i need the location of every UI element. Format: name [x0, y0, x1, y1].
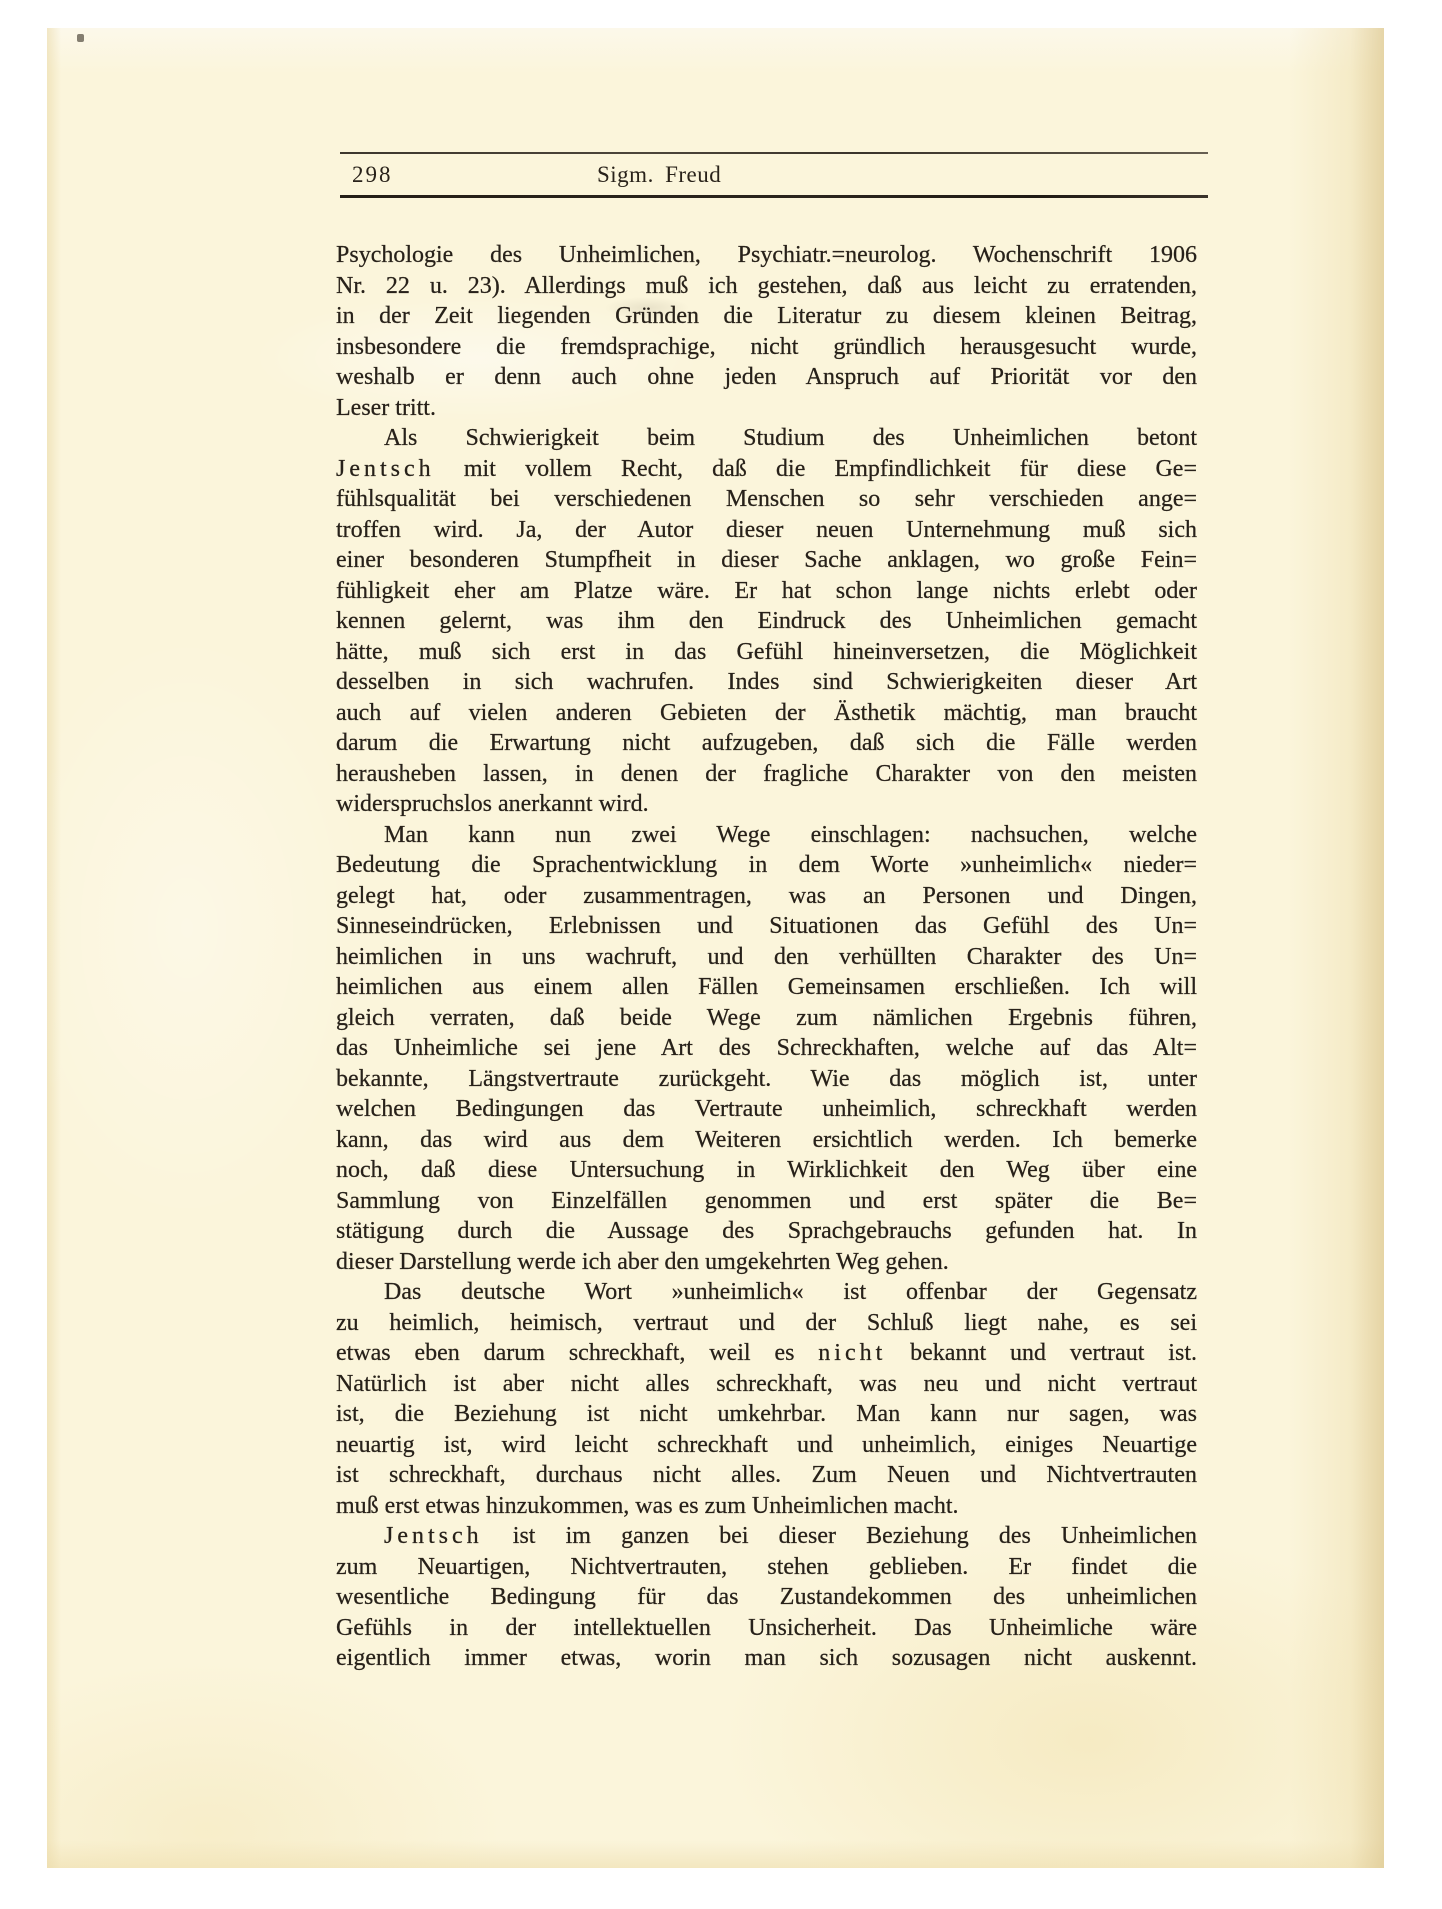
- text-line: darum die Erwartung nicht aufzugeben, da…: [336, 728, 1197, 759]
- text-line: zum Neuartigen, Nichtvertrauten, stehen …: [336, 1552, 1197, 1583]
- text-line: Nr. 22 u. 23). Allerdings muß ich gesteh…: [336, 271, 1197, 302]
- letterspaced-word: nicht: [818, 1340, 886, 1366]
- text-line: Das deutsche Wort »unheimlich« ist offen…: [336, 1277, 1197, 1308]
- letterspaced-word: Jentsch: [336, 456, 435, 482]
- text-line: stätigung durch die Aussage des Sprachge…: [336, 1216, 1197, 1247]
- text-line: Leser tritt.: [336, 393, 1197, 424]
- text-line: weshalb er denn auch ohne jeden Anspruch…: [336, 362, 1197, 393]
- text-line: dieser Darstellung werde ich aber den um…: [336, 1247, 1197, 1278]
- text-line: Gefühls in der intellektuellen Unsicherh…: [336, 1613, 1197, 1644]
- text-line: Jentsch ist im ganzen bei dieser Beziehu…: [336, 1521, 1197, 1552]
- text-line: Psychologie des Unheimlichen, Psychiatr.…: [336, 240, 1197, 271]
- text-line: neuartig ist, wird leicht schreckhaft un…: [336, 1430, 1197, 1461]
- text-line: das Unheimliche sei jene Art des Schreck…: [336, 1033, 1197, 1064]
- text-line: muß erst etwas hinzukommen, was es zum U…: [336, 1491, 1197, 1522]
- text-line: troffen wird. Ja, der Autor dieser neuen…: [336, 515, 1197, 546]
- text-line: widerspruchslos anerkannt wird.: [336, 789, 1197, 820]
- text-line: heimlichen in uns wachruft, und den verh…: [336, 942, 1197, 973]
- text-line: in der Zeit liegenden Gründen die Litera…: [336, 301, 1197, 332]
- text-line: eigentlich immer etwas, worin man sich s…: [336, 1643, 1197, 1674]
- text-line: hätte, muß sich erst in das Gefühl hinei…: [336, 637, 1197, 668]
- text-line: etwas eben darum schreckhaft, weil es ni…: [336, 1338, 1197, 1369]
- text-line: gleich verraten, daß beide Wege zum näml…: [336, 1003, 1197, 1034]
- text-line: einer besonderen Stumpfheit in dieser Sa…: [336, 545, 1197, 576]
- page-number: 298: [352, 162, 393, 188]
- text-line: Sinneseindrücken, Erlebnissen und Situat…: [336, 911, 1197, 942]
- text-line: herausheben lassen, in denen der fraglic…: [336, 759, 1197, 790]
- text-line: kann, das wird aus dem Weiteren ersichtl…: [336, 1125, 1197, 1156]
- text-line: bekannte, Längstvertraute zurückgeht. Wi…: [336, 1064, 1197, 1095]
- body-text: Psychologie des Unheimlichen, Psychiatr.…: [336, 240, 1197, 1674]
- header-rule-bottom: [340, 195, 1208, 198]
- text-line: insbesondere die fremdsprachige, nicht g…: [336, 332, 1197, 363]
- scanned-book-page: 298 Sigm. Freud Psychologie des Unheimli…: [47, 28, 1384, 1868]
- text-line: noch, daß diese Untersuchung in Wirklich…: [336, 1155, 1197, 1186]
- text-line: Bedeutung die Sprachentwicklung in dem W…: [336, 850, 1197, 881]
- paper-speck: [77, 34, 84, 42]
- text-line: wesentliche Bedingung für das Zustandeko…: [336, 1582, 1197, 1613]
- text-line: heimlichen aus einem allen Fällen Gemein…: [336, 972, 1197, 1003]
- text-line: welchen Bedingungen das Vertraute unheim…: [336, 1094, 1197, 1125]
- text-line: desselben in sich wachrufen. Indes sind …: [336, 667, 1197, 698]
- text-line: fühlsqualität bei verschiedenen Menschen…: [336, 484, 1197, 515]
- text-line: gelegt hat, oder zusammentragen, was an …: [336, 881, 1197, 912]
- text-line: Natürlich ist aber nicht alles schreckha…: [336, 1369, 1197, 1400]
- text-line: Man kann nun zwei Wege einschlagen: nach…: [336, 820, 1197, 851]
- text-line: Sammlung von Einzelfällen genommen und e…: [336, 1186, 1197, 1217]
- text-line: auch auf vielen anderen Gebieten der Äst…: [336, 698, 1197, 729]
- text-line: fühligkeit eher am Platze wäre. Er hat s…: [336, 576, 1197, 607]
- letterspaced-word: Jentsch: [384, 1523, 483, 1549]
- text-line: Als Schwierigkeit beim Studium des Unhei…: [336, 423, 1197, 454]
- text-line: kennen gelernt, was ihm den Eindruck des…: [336, 606, 1197, 637]
- text-line: zu heimlich, heimisch, vertraut und der …: [336, 1308, 1197, 1339]
- text-line: Jentsch mit vollem Recht, daß die Empfin…: [336, 454, 1197, 485]
- running-title: Sigm. Freud: [597, 162, 721, 188]
- text-line: ist, die Beziehung ist nicht umkehrbar. …: [336, 1399, 1197, 1430]
- header-rule-top: [340, 152, 1208, 154]
- text-line: ist schreckhaft, durchaus nicht alles. Z…: [336, 1460, 1197, 1491]
